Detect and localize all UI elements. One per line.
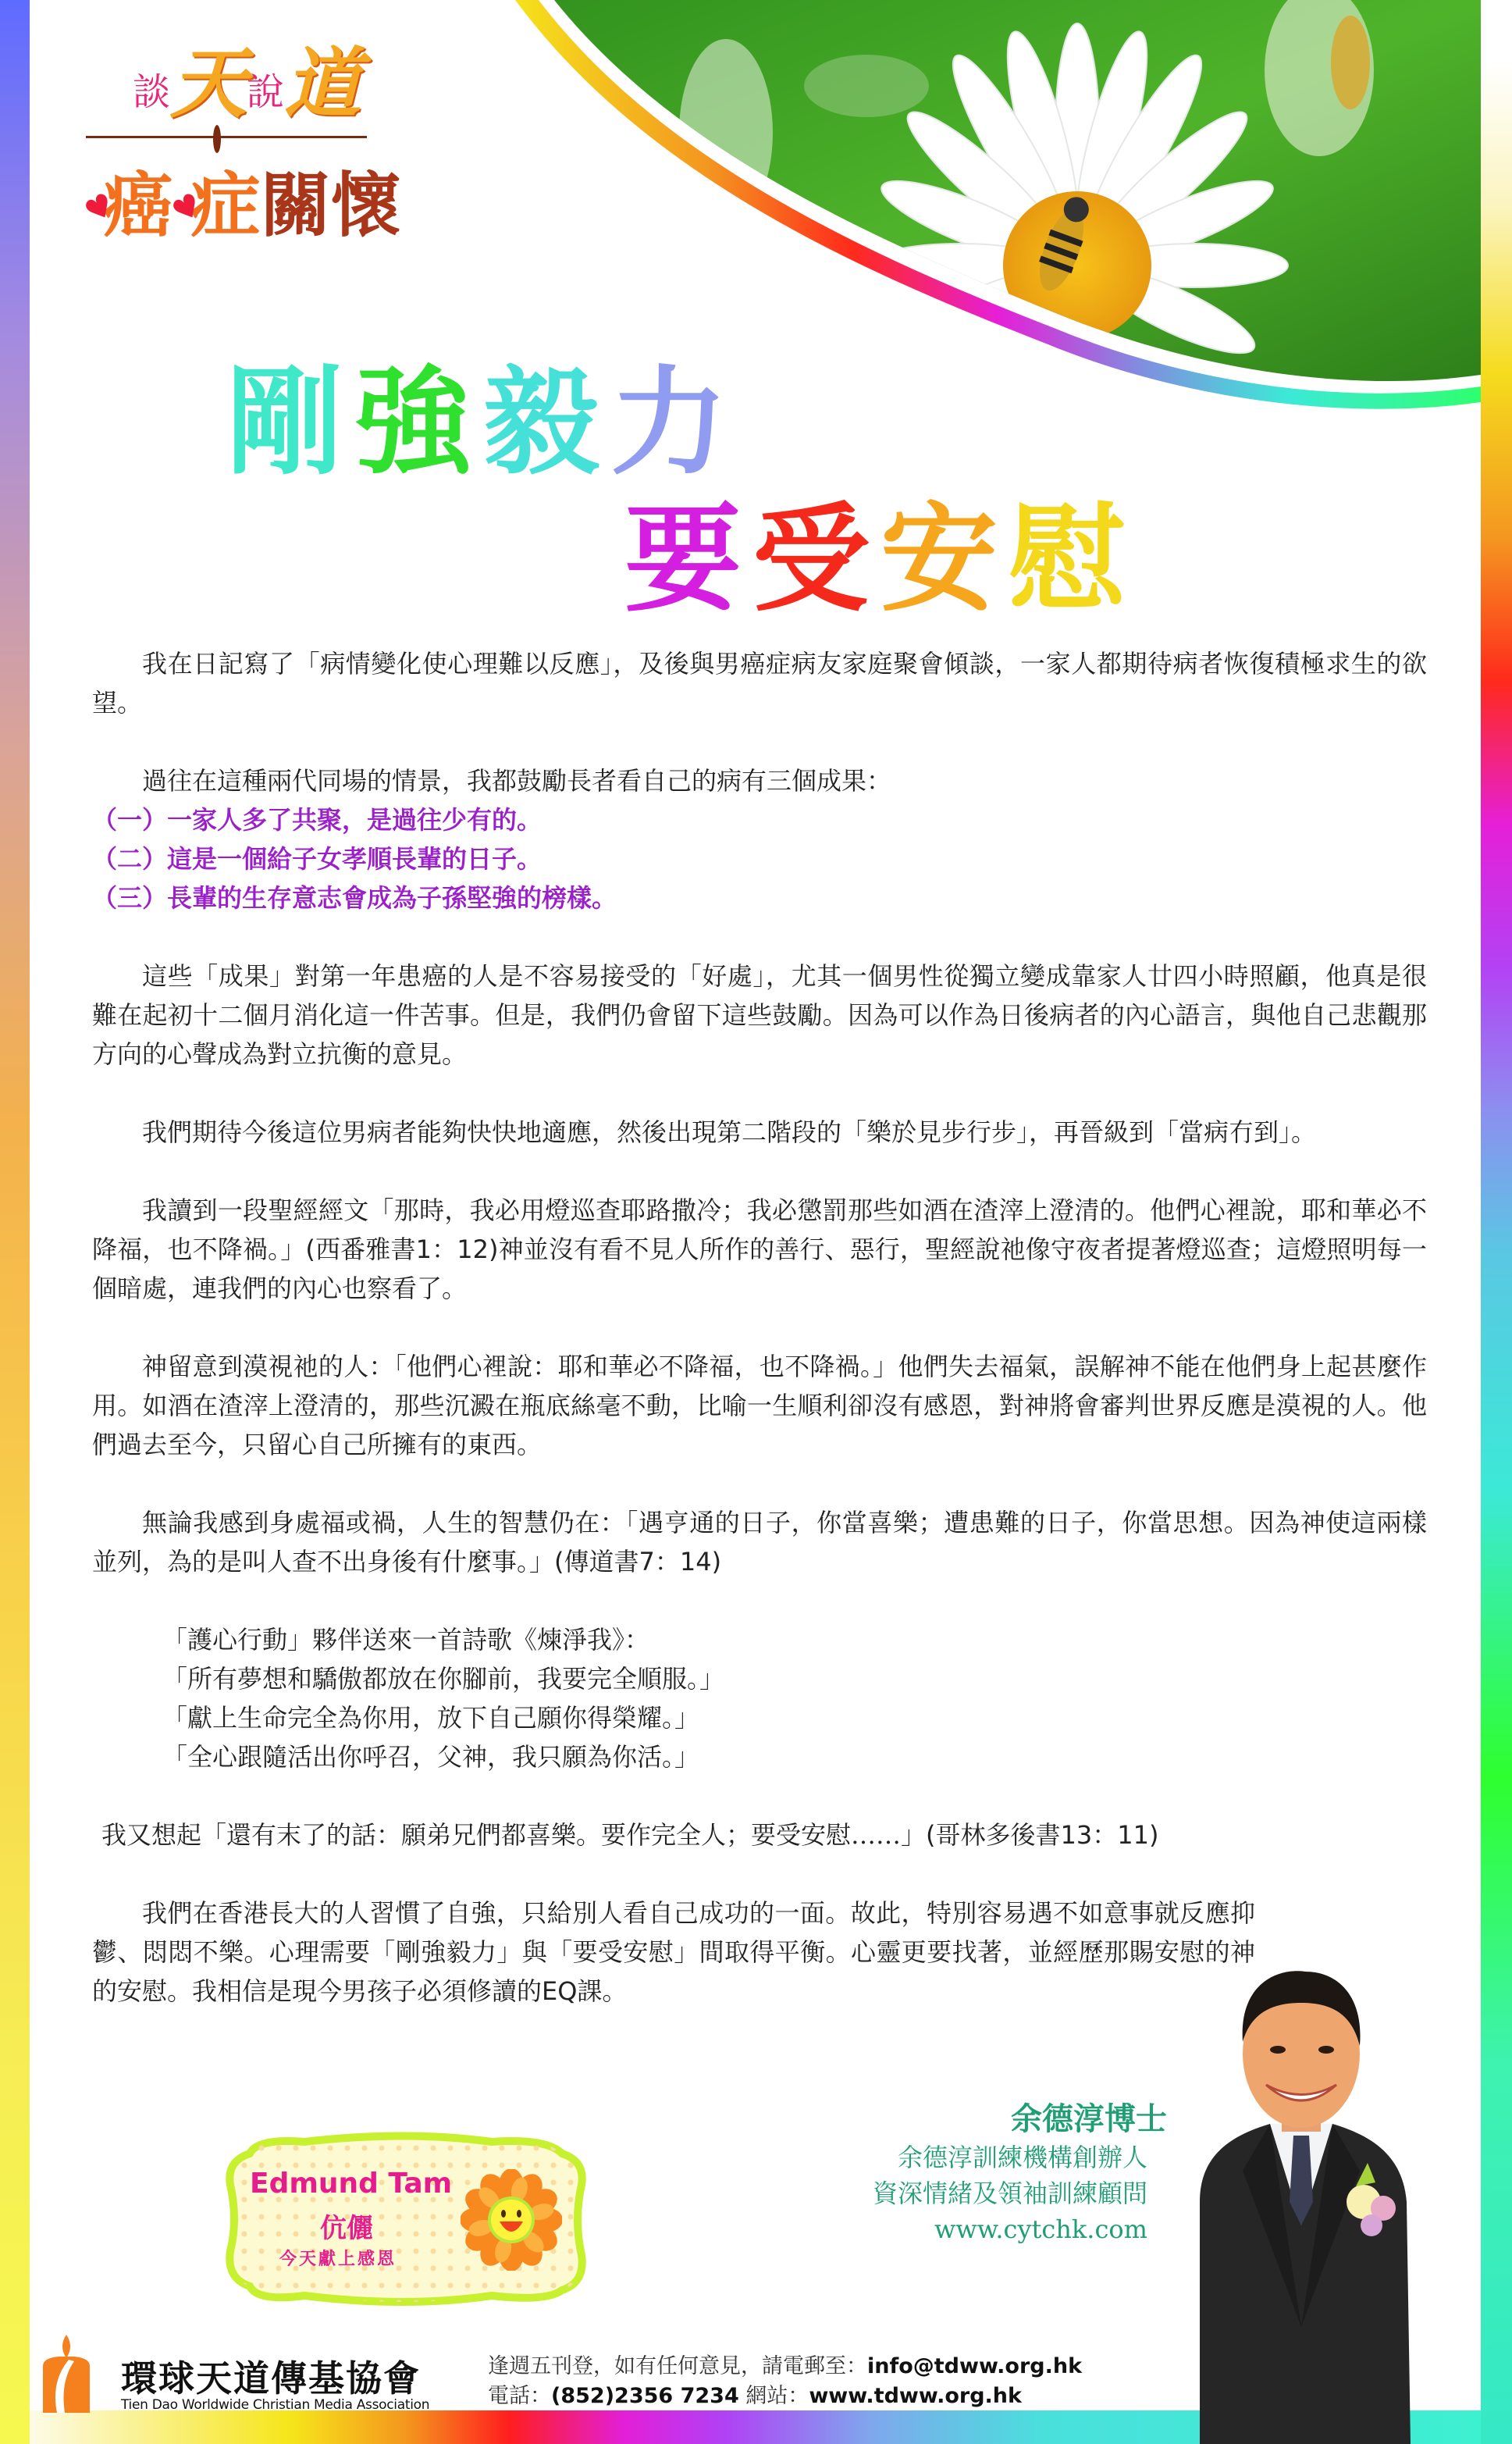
logo-char: 天 [170, 23, 247, 133]
logo-char: 癌 [103, 148, 173, 250]
poem-line: 「護心行動」夥伴送來一首詩歌《煉淨我》： [162, 1620, 1427, 1659]
contact-line-2: 電話：(852)2356 7234 網站：www.tdww.org.hk [488, 2382, 1082, 2411]
email-link[interactable]: info@tdww.org.hk [867, 2354, 1082, 2378]
scripture-quote: 「還有末了的話：願弟兄們都喜樂。要作完全人；要受安慰……」 [201, 1820, 926, 1850]
smiling-flower-icon [461, 2169, 562, 2271]
contact-info: 逢週五刊登，如有任何意見，請電郵至：info@tdww.org.hk 電話：(8… [488, 2352, 1082, 2411]
logo-char: 說 [247, 62, 284, 116]
author-photo [1184, 1968, 1418, 2444]
title-char: 要 [624, 465, 752, 633]
title-char: 剛 [226, 328, 354, 497]
paragraph: 我讀到一段聖經經文「那時，我必用燈巡查耶路撒冷；我必懲罰那些如酒在渣滓上澄清的。… [92, 1191, 1427, 1308]
paragraph: 無論我感到身處福或禍，人生的智慧仍在：「遇亨通的日子，你當喜樂；遭患難的日子，你… [92, 1503, 1427, 1581]
poem-block: 「護心行動」夥伴送來一首詩歌《煉淨我》： 「所有夢想和驕傲都放在你腳前，我要完全… [92, 1620, 1427, 1776]
author-website-link[interactable]: www.cytchk.com [781, 2211, 1147, 2247]
logo-char: 談 [133, 62, 170, 116]
rainbow-border-left [0, 0, 30, 2444]
title-line-2: 要受安慰 [624, 465, 1137, 633]
paragraph: 過往在這種兩代同場的情景，我都鼓勵長者看自己的病有三個成果： [92, 761, 1427, 800]
paragraph: 我們期待今後這位男病者能夠快快地適應，然後出現第二階段的「樂於見步行步」，再晉級… [92, 1113, 1427, 1152]
logo-char: 症 [190, 148, 261, 250]
badge-subtitle: 今天獻上感恩 [279, 2246, 397, 2270]
contact-line-1: 逢週五刊登，如有任何意見，請電郵至：info@tdww.org.hk [488, 2352, 1082, 2382]
paragraph: 我又想起「還有末了的話：願弟兄們都喜樂。要作完全人；要受安慰……」(哥林多後書1… [92, 1815, 1427, 1854]
article-body: 我在日記寫了「病情變化使心理難以反應」，及後與男癌症病友家庭聚會傾談，一家人都期… [92, 644, 1427, 2011]
text: (哥林多後書13：11) [926, 1820, 1158, 1850]
title-char: 毅 [482, 328, 610, 497]
website-link[interactable]: www.tdww.org.hk [809, 2384, 1022, 2408]
logo-char: 懷 [331, 148, 401, 250]
title-char: 安 [881, 465, 1009, 633]
list-item: （三）長輩的生存意志會成為子孫堅強的榜樣。 [92, 878, 1427, 917]
title-char: 慰 [1009, 465, 1137, 633]
poem-line: 「全心跟隨活出你呼召，父神，我只願為你活。」 [162, 1737, 1427, 1776]
text: 我讀到一段聖經經文 [142, 1195, 369, 1225]
org-name-en: Tien Dao Worldwide Christian Media Assoc… [121, 2397, 429, 2413]
author-title: 余德淳訓練機構創辦人 [781, 2139, 1147, 2175]
author-credentials: 余德淳訓練機構創辦人 資深情緒及領袖訓練顧問 www.cytchk.com [781, 2139, 1147, 2247]
badge-name-cn: 伉儷 [320, 2207, 373, 2245]
rainbow-border-right [1481, 62, 1512, 2444]
badge-name-en: Edmund Tam [250, 2168, 452, 2200]
list-item: （一）一家人多了共聚，是過往少有的。 [92, 800, 1427, 839]
sponsor-badge: Edmund Tam 伉儷 今天獻上感恩 [219, 2122, 593, 2314]
title-char: 受 [752, 465, 881, 633]
column-logo: 談 天 說 道 ♥ 癌 ♥ 症 關 懷 [86, 39, 414, 258]
author-name: 余德淳博士 [1011, 2094, 1167, 2139]
org-name-cn: 環球天道傳基協會 [121, 2350, 421, 2402]
text: 無論我感到身處福或禍，人生的智慧仍在： [142, 1508, 625, 1537]
text: 網站： [739, 2384, 809, 2408]
poem-line: 「所有夢想和驕傲都放在你腳前，我要完全順服。」 [162, 1659, 1427, 1698]
logo-divider [86, 136, 367, 138]
paragraph: 這些「成果」對第一年患癌的人是不容易接受的「好處」，尤其一個男性從獨立變成靠家人… [92, 957, 1427, 1074]
paragraph: 我們在香港長大的人習慣了自強，只給別人看自己成功的一面。故此，特別容易遇不如意事… [92, 1894, 1255, 2011]
poem-line: 「獻上生命完全為你用，放下自己願你得榮耀。」 [162, 1698, 1427, 1737]
text: 逢週五刊登，如有任何意見，請電郵至： [488, 2354, 867, 2378]
phone-number: (852)2356 7234 [551, 2384, 739, 2408]
paragraph: 神留意到漠視祂的人：「他們心裡說：耶和華必不降福，也不降禍。」他們失去福氣，誤解… [92, 1347, 1427, 1464]
author-title: 資深情緒及領袖訓練顧問 [781, 2175, 1147, 2211]
logo-char: 關 [261, 148, 331, 250]
text: 電話： [488, 2384, 551, 2408]
text: 我又想起 [101, 1820, 201, 1850]
paragraph: 我在日記寫了「病情變化使心理難以反應」，及後與男癌症病友家庭聚會傾談，一家人都期… [92, 644, 1427, 722]
list-item: （二）這是一個給子女孝順長輩的日子。 [92, 839, 1427, 878]
logo-char: 道 [284, 23, 361, 133]
logo-cancer-care: ♥ 癌 ♥ 症 關 懷 [86, 148, 401, 250]
tdww-logo-icon [43, 2335, 90, 2413]
logo-tan-tian-shuo-dao: 談 天 說 道 [133, 39, 361, 133]
title-char: 強 [354, 328, 482, 497]
text: (傳道書7：14) [554, 1547, 721, 1576]
